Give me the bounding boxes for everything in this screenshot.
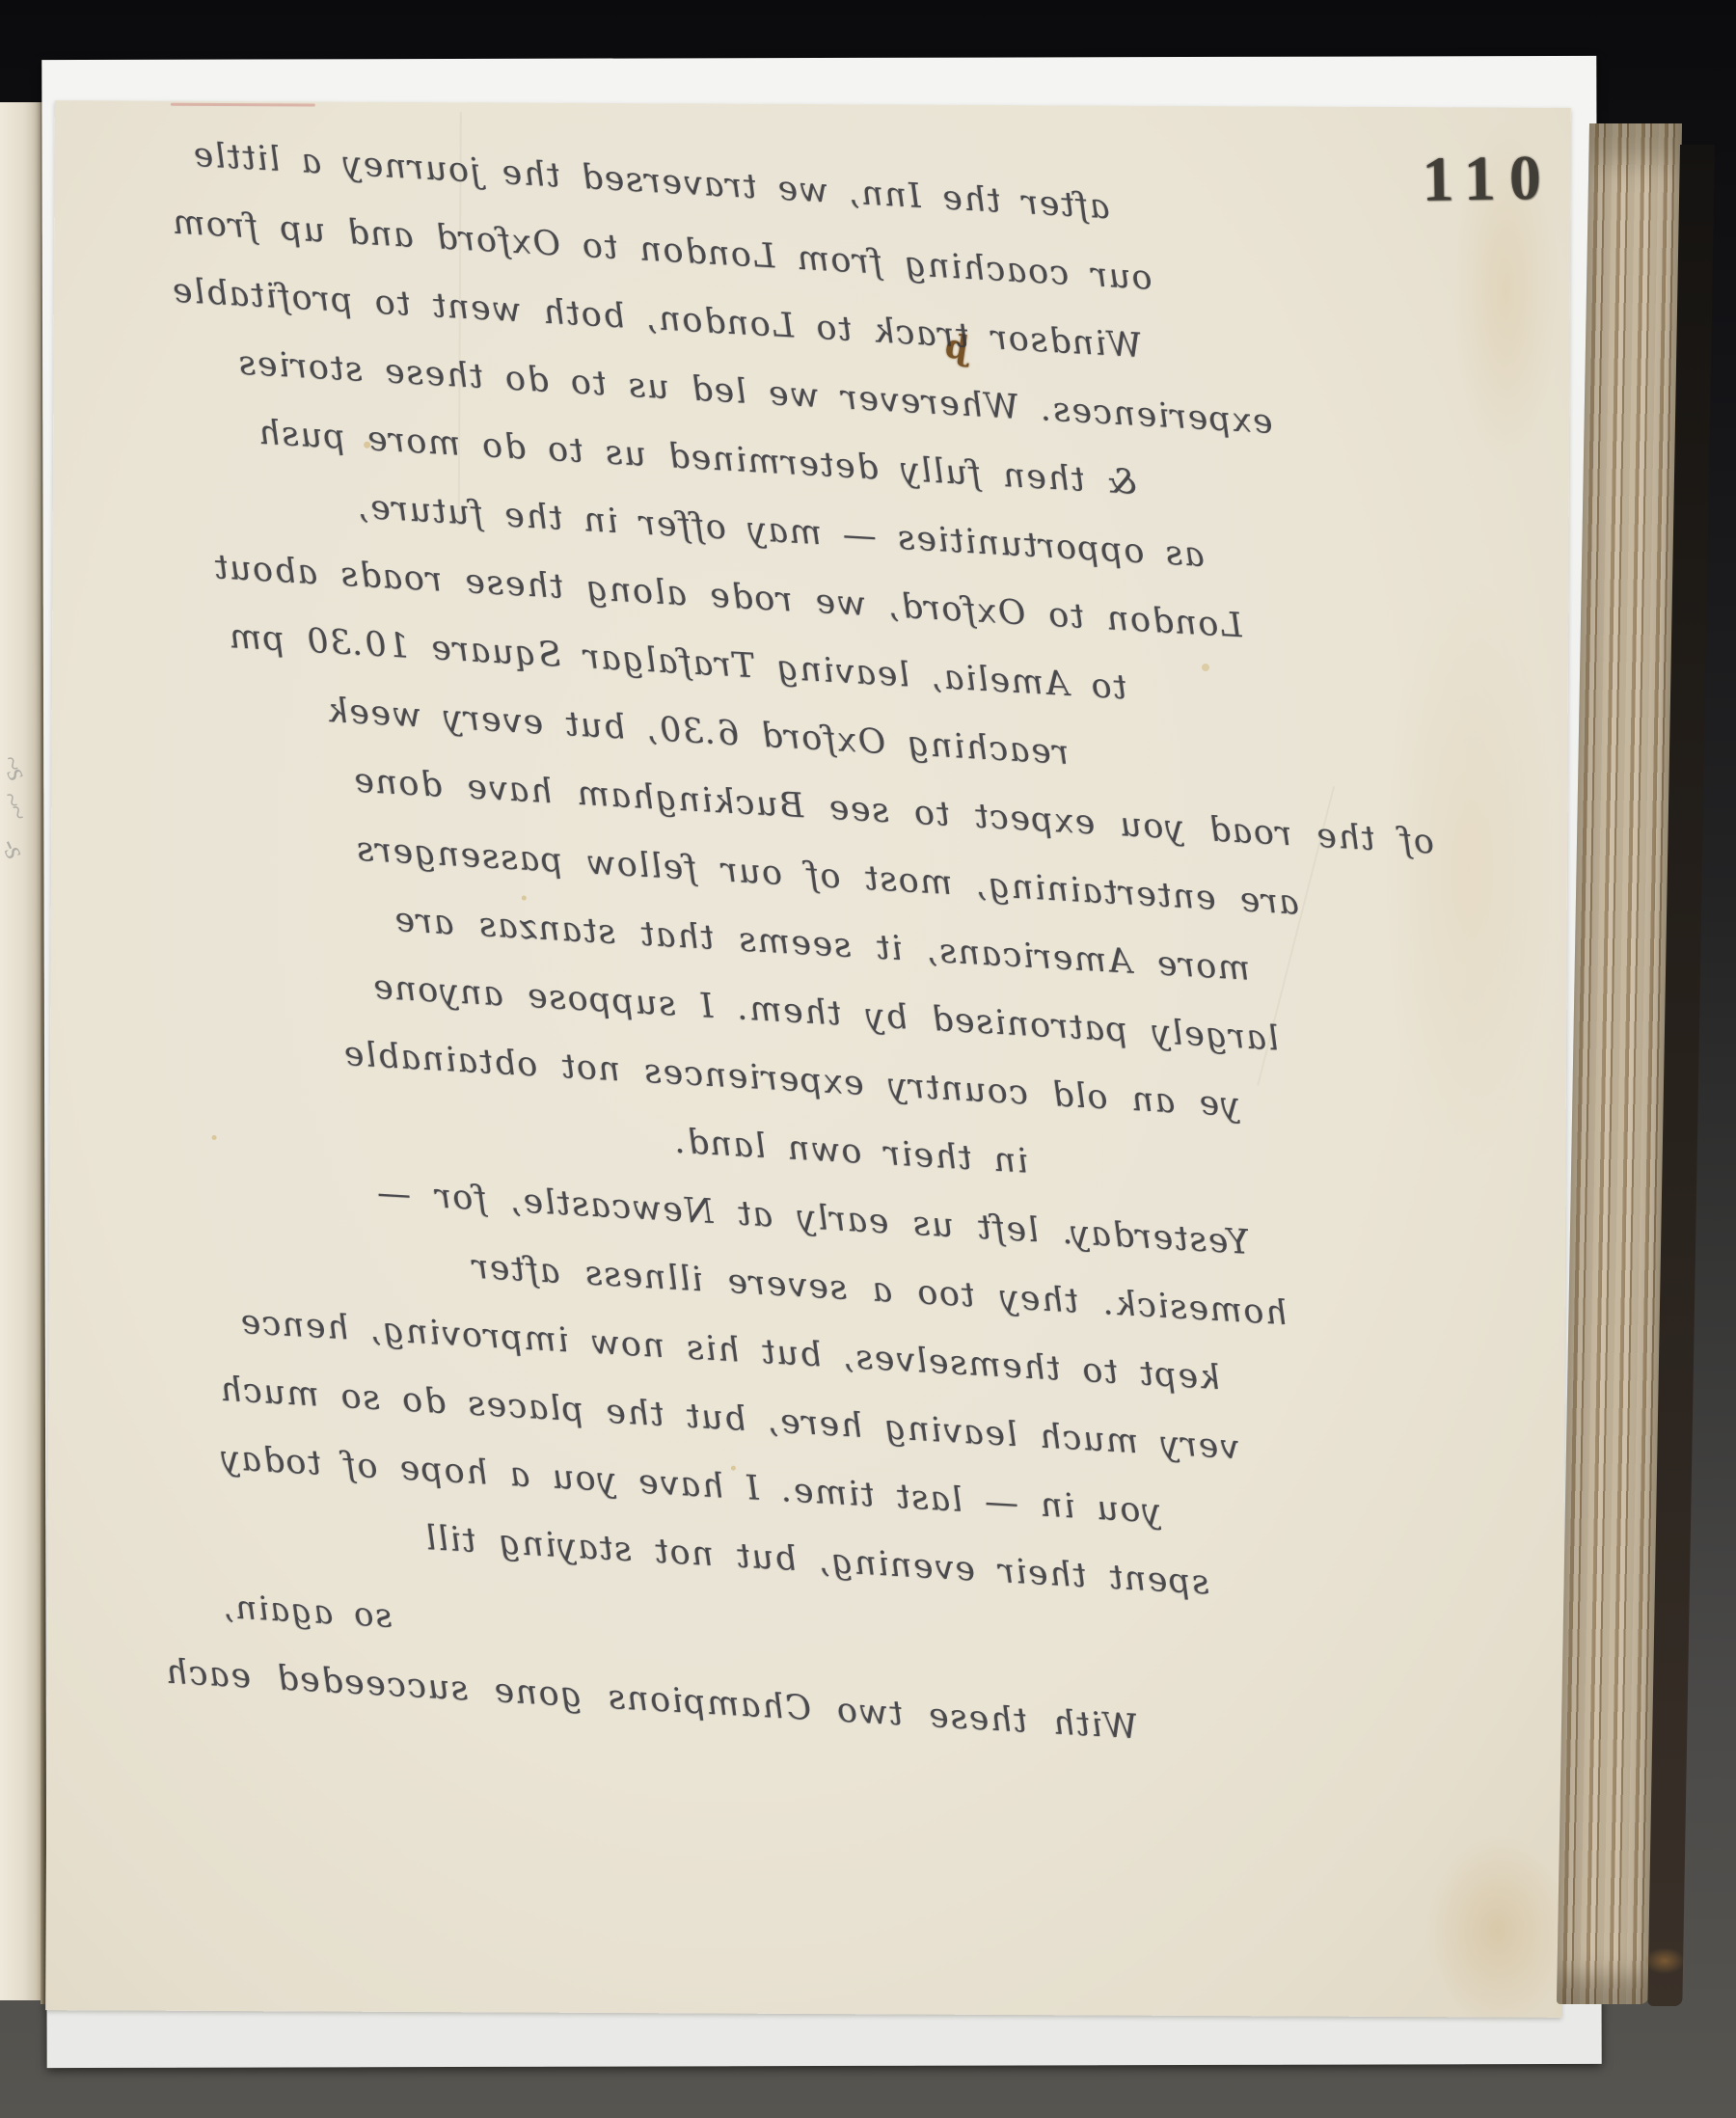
previous-page-edge: ~s ~~ -s <box>0 102 42 2000</box>
red-offset-mark <box>171 103 315 107</box>
pencil-mark: ~s <box>0 749 33 784</box>
paper-stain <box>1424 1833 1570 2027</box>
page-number-stamp: 110 <box>1422 141 1587 217</box>
photo-backdrop: ~s ~~ -s 110 ɖ after the Inn, we travers… <box>0 0 1736 2118</box>
cover-worn-spot <box>1645 1948 1684 1973</box>
handwriting-block: after the Inn, we traversed the journey … <box>160 202 1445 1794</box>
pencil-mark: -s <box>0 833 31 862</box>
manuscript-page: 110 ɖ after the Inn, we traversed the jo… <box>45 100 1571 2018</box>
pencil-mark: ~~ <box>0 786 35 825</box>
handwriting-line-text: so again, <box>222 1588 393 1636</box>
